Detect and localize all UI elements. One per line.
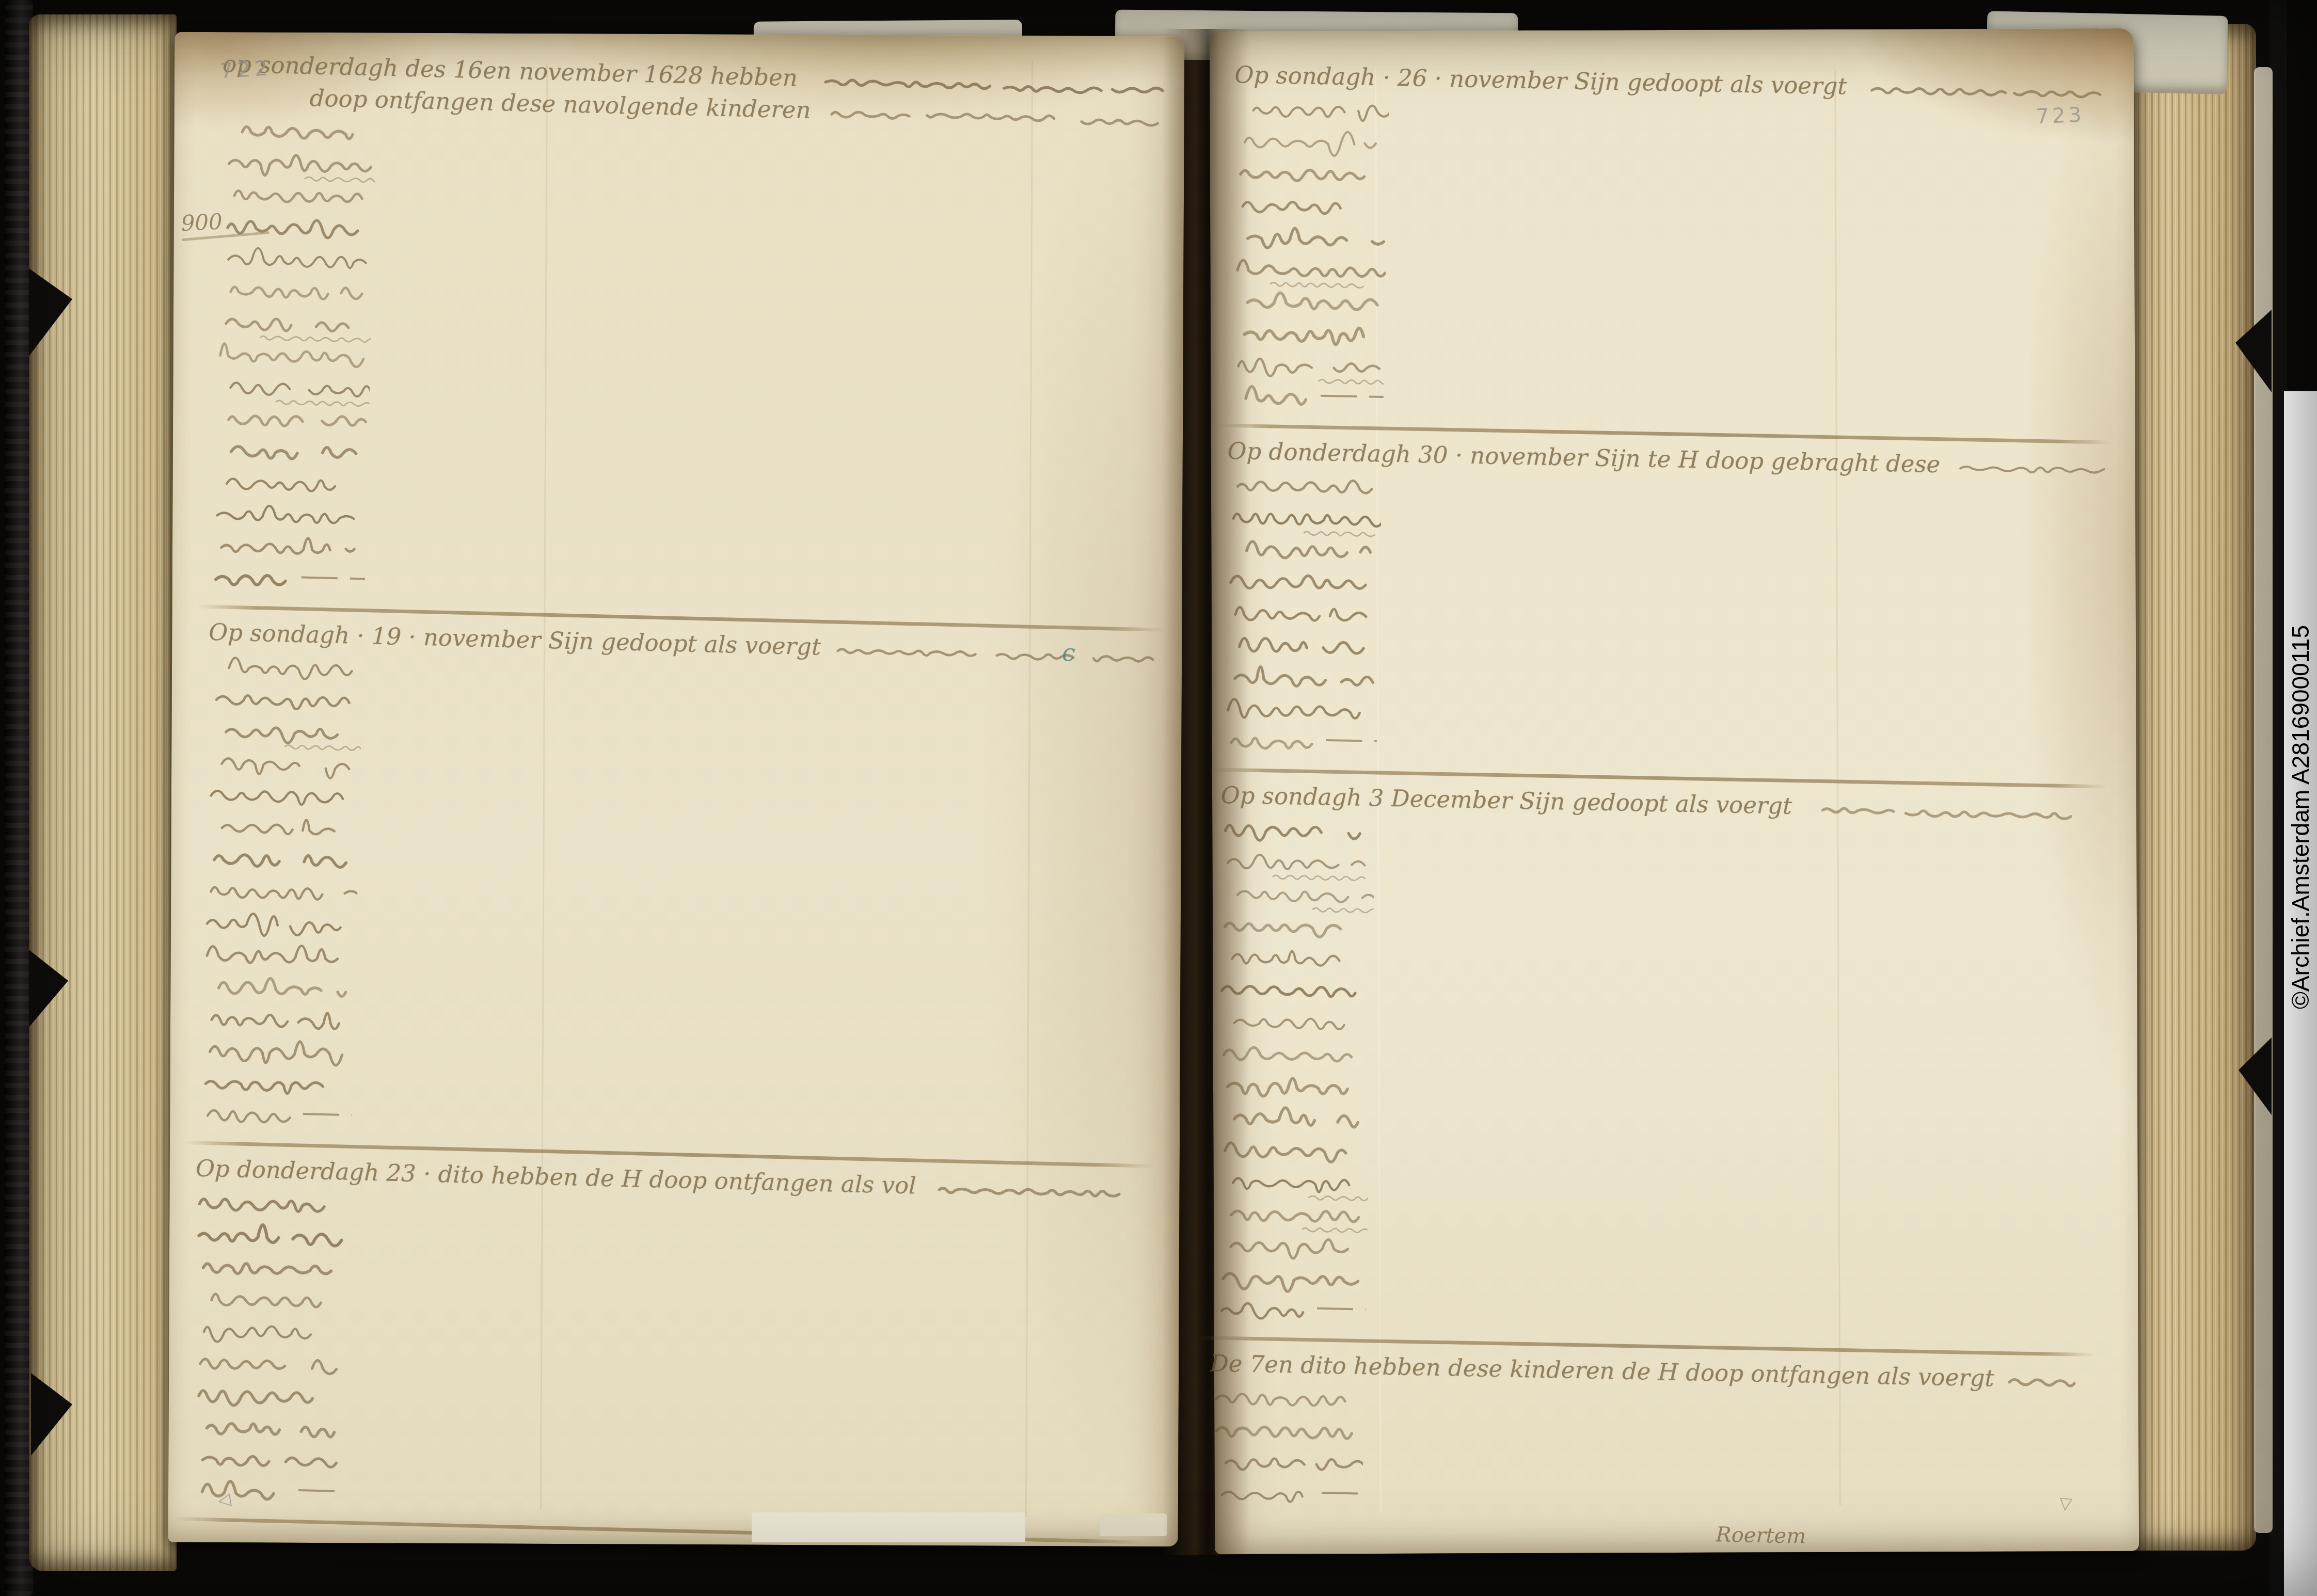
entry-19-november: Op sondagh · 19 · november Sijn gedoopt … xyxy=(197,616,1159,1155)
folio-number-pencil-right: 723 xyxy=(2036,103,2085,129)
handwriting-flourish xyxy=(925,1170,1146,1207)
entry-30-november: Op donderdagh 30 · november Sijn te H do… xyxy=(1221,435,2105,776)
entry-23-dito: Op donderdagh 23 · dito hebben de H doop… xyxy=(187,1152,1146,1531)
handwriting-flourish xyxy=(1949,449,2105,484)
handwriting-lines xyxy=(1228,90,1389,418)
gutter-shadow xyxy=(1163,29,1249,1555)
flyleaf-edge-bottom xyxy=(1100,1513,1167,1536)
right-page-text: Op sondagh · 26 · november Sijn gedoopt … xyxy=(1207,41,2113,1565)
page-stack-fore-edge-left xyxy=(29,14,177,1571)
margin-entry-number: 900 xyxy=(181,206,269,240)
entry-7-dito: De 7en dito hebben dese kinderen de H do… xyxy=(1207,1347,2088,1558)
handwriting-lines xyxy=(210,111,376,599)
right-page: 723 ▽ Op sondagh · 26 · november Sijn ge… xyxy=(1210,28,2139,1554)
handwriting-flourish xyxy=(830,631,1158,671)
handwriting-flourish xyxy=(1856,70,2113,107)
pencil-corner-mark-right: ▽ xyxy=(2058,1493,2073,1513)
left-page: 722 900 c ◁ op sonderdagh des 16en novem… xyxy=(168,32,1185,1547)
handwriting-lines xyxy=(197,648,363,1136)
manuscript-scan: 722 900 c ◁ op sonderdagh des 16en novem… xyxy=(0,0,2317,1596)
handwriting-lines xyxy=(187,1184,350,1511)
blue-ink-mark: c xyxy=(1062,639,1075,666)
catchword: Roertem xyxy=(1716,1523,2085,1558)
watermark-strip: ©Archief.Amsterdam A28169000115 xyxy=(2284,391,2317,1596)
handwriting-flourish xyxy=(2003,1362,2088,1396)
entry-26-november: Op sondagh · 26 · november Sijn gedoopt … xyxy=(1228,58,2113,432)
entry-3-december: Op sondagh 3 December Sijn gedoopt als v… xyxy=(1211,779,2099,1344)
left-page-text: op sonderdagh des 16en november 1628 heb… xyxy=(187,44,1173,1551)
page-stack-fore-edge-right xyxy=(2131,24,2256,1551)
entry-16-november-1628: op sonderdagh des 16en november 1628 heb… xyxy=(210,47,1172,619)
flyleaf-edge-bottom xyxy=(752,1512,1025,1542)
margin-entry-number-text: 900 xyxy=(181,209,223,236)
parchment-cover-sliver-right xyxy=(2254,67,2273,1533)
folio-number-pencil-left: 722 xyxy=(219,56,273,83)
watermark-text: ©Archief.Amsterdam A28169000115 xyxy=(2287,625,2314,1009)
handwriting-flourish xyxy=(1801,790,2099,827)
